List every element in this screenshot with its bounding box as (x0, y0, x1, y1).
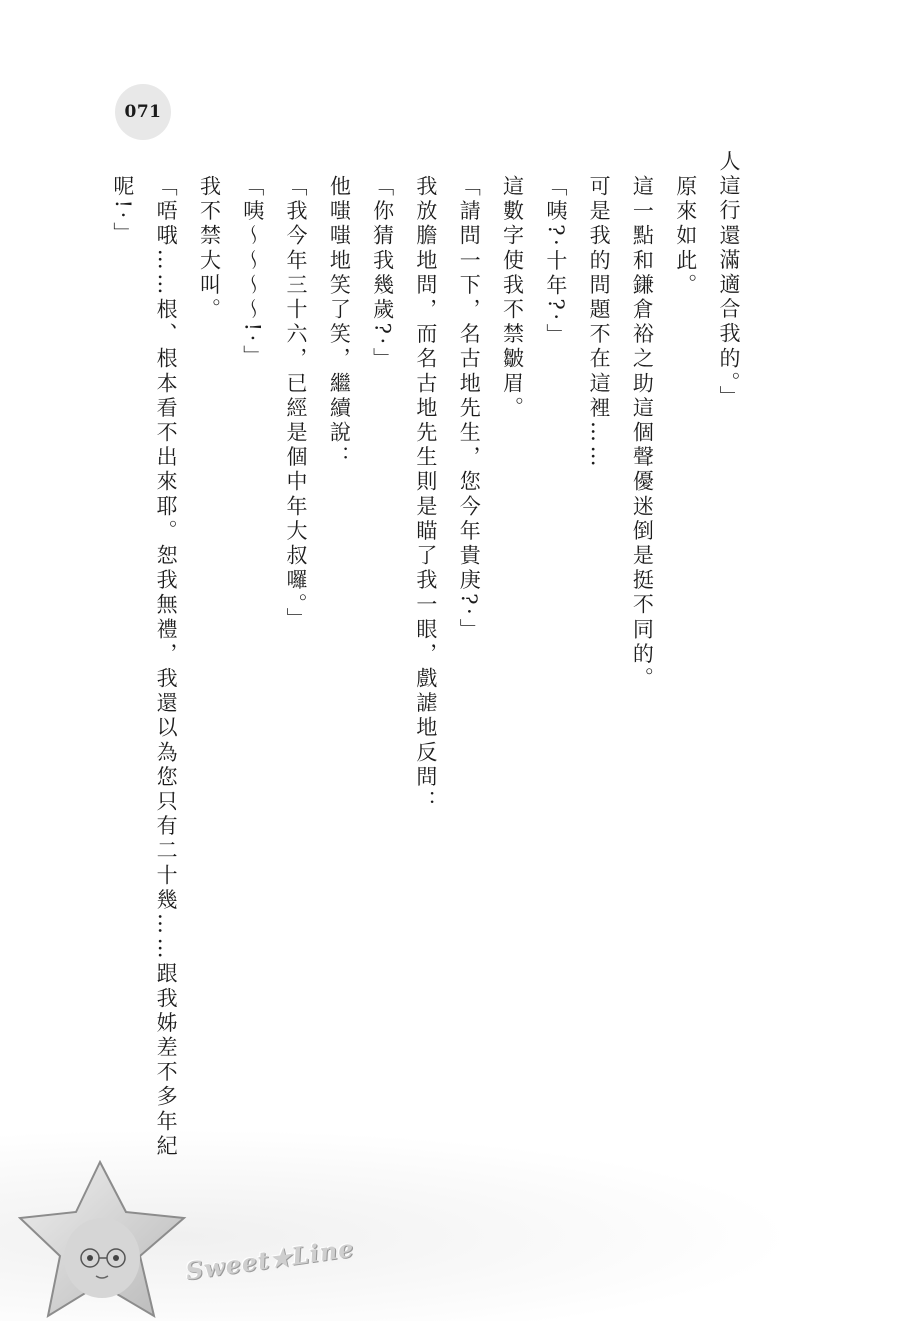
paragraph: 「咦～～～～!·」 (230, 150, 273, 1180)
paragraph: 「我今年三十六，已經是個中年大叔囉。」 (274, 150, 317, 1180)
sweet-line-logo: Sweet★Line (184, 1233, 356, 1285)
sweet-line-decoration: Sweet★Line (0, 1150, 380, 1321)
star-frame-illustration (18, 1160, 188, 1321)
paragraph: 人這行還滿適合我的。」 (707, 150, 750, 1180)
paragraph: 「請問一下，名古地先生，您今年貴庚?·」 (447, 150, 490, 1180)
paragraph: 我放膽地問，而名古地先生則是瞄了我一眼，戲謔地反問： (404, 150, 447, 1180)
page-number-badge: 071 (115, 84, 171, 140)
paragraph: 「你猜我幾歲?·」 (360, 150, 403, 1180)
paragraph: 這數字使我不禁皺眉。 (490, 150, 533, 1180)
paragraph: 「咦?·十年?·」 (534, 150, 577, 1180)
paragraph: 「唔哦……根、根本看不出來耶。恕我無禮，我還以為您只有二十幾……跟我姊差不多年紀… (101, 150, 188, 1180)
paragraph: 我不禁大叫。 (187, 150, 230, 1180)
paragraph: 可是我的問題不在這裡…… (577, 150, 620, 1180)
star-icon (18, 1160, 188, 1320)
paragraph: 原來如此。 (663, 150, 706, 1180)
paragraph: 這一點和鎌倉裕之助這個聲優迷倒是挺不同的。 (620, 150, 663, 1180)
novel-text-body: 人這行還滿適合我的。」原來如此。這一點和鎌倉裕之助這個聲優迷倒是挺不同的。可是我… (101, 150, 750, 1180)
paragraph: 他嗤嗤地笑了笑，繼續說： (317, 150, 360, 1180)
page-number: 071 (125, 102, 162, 122)
